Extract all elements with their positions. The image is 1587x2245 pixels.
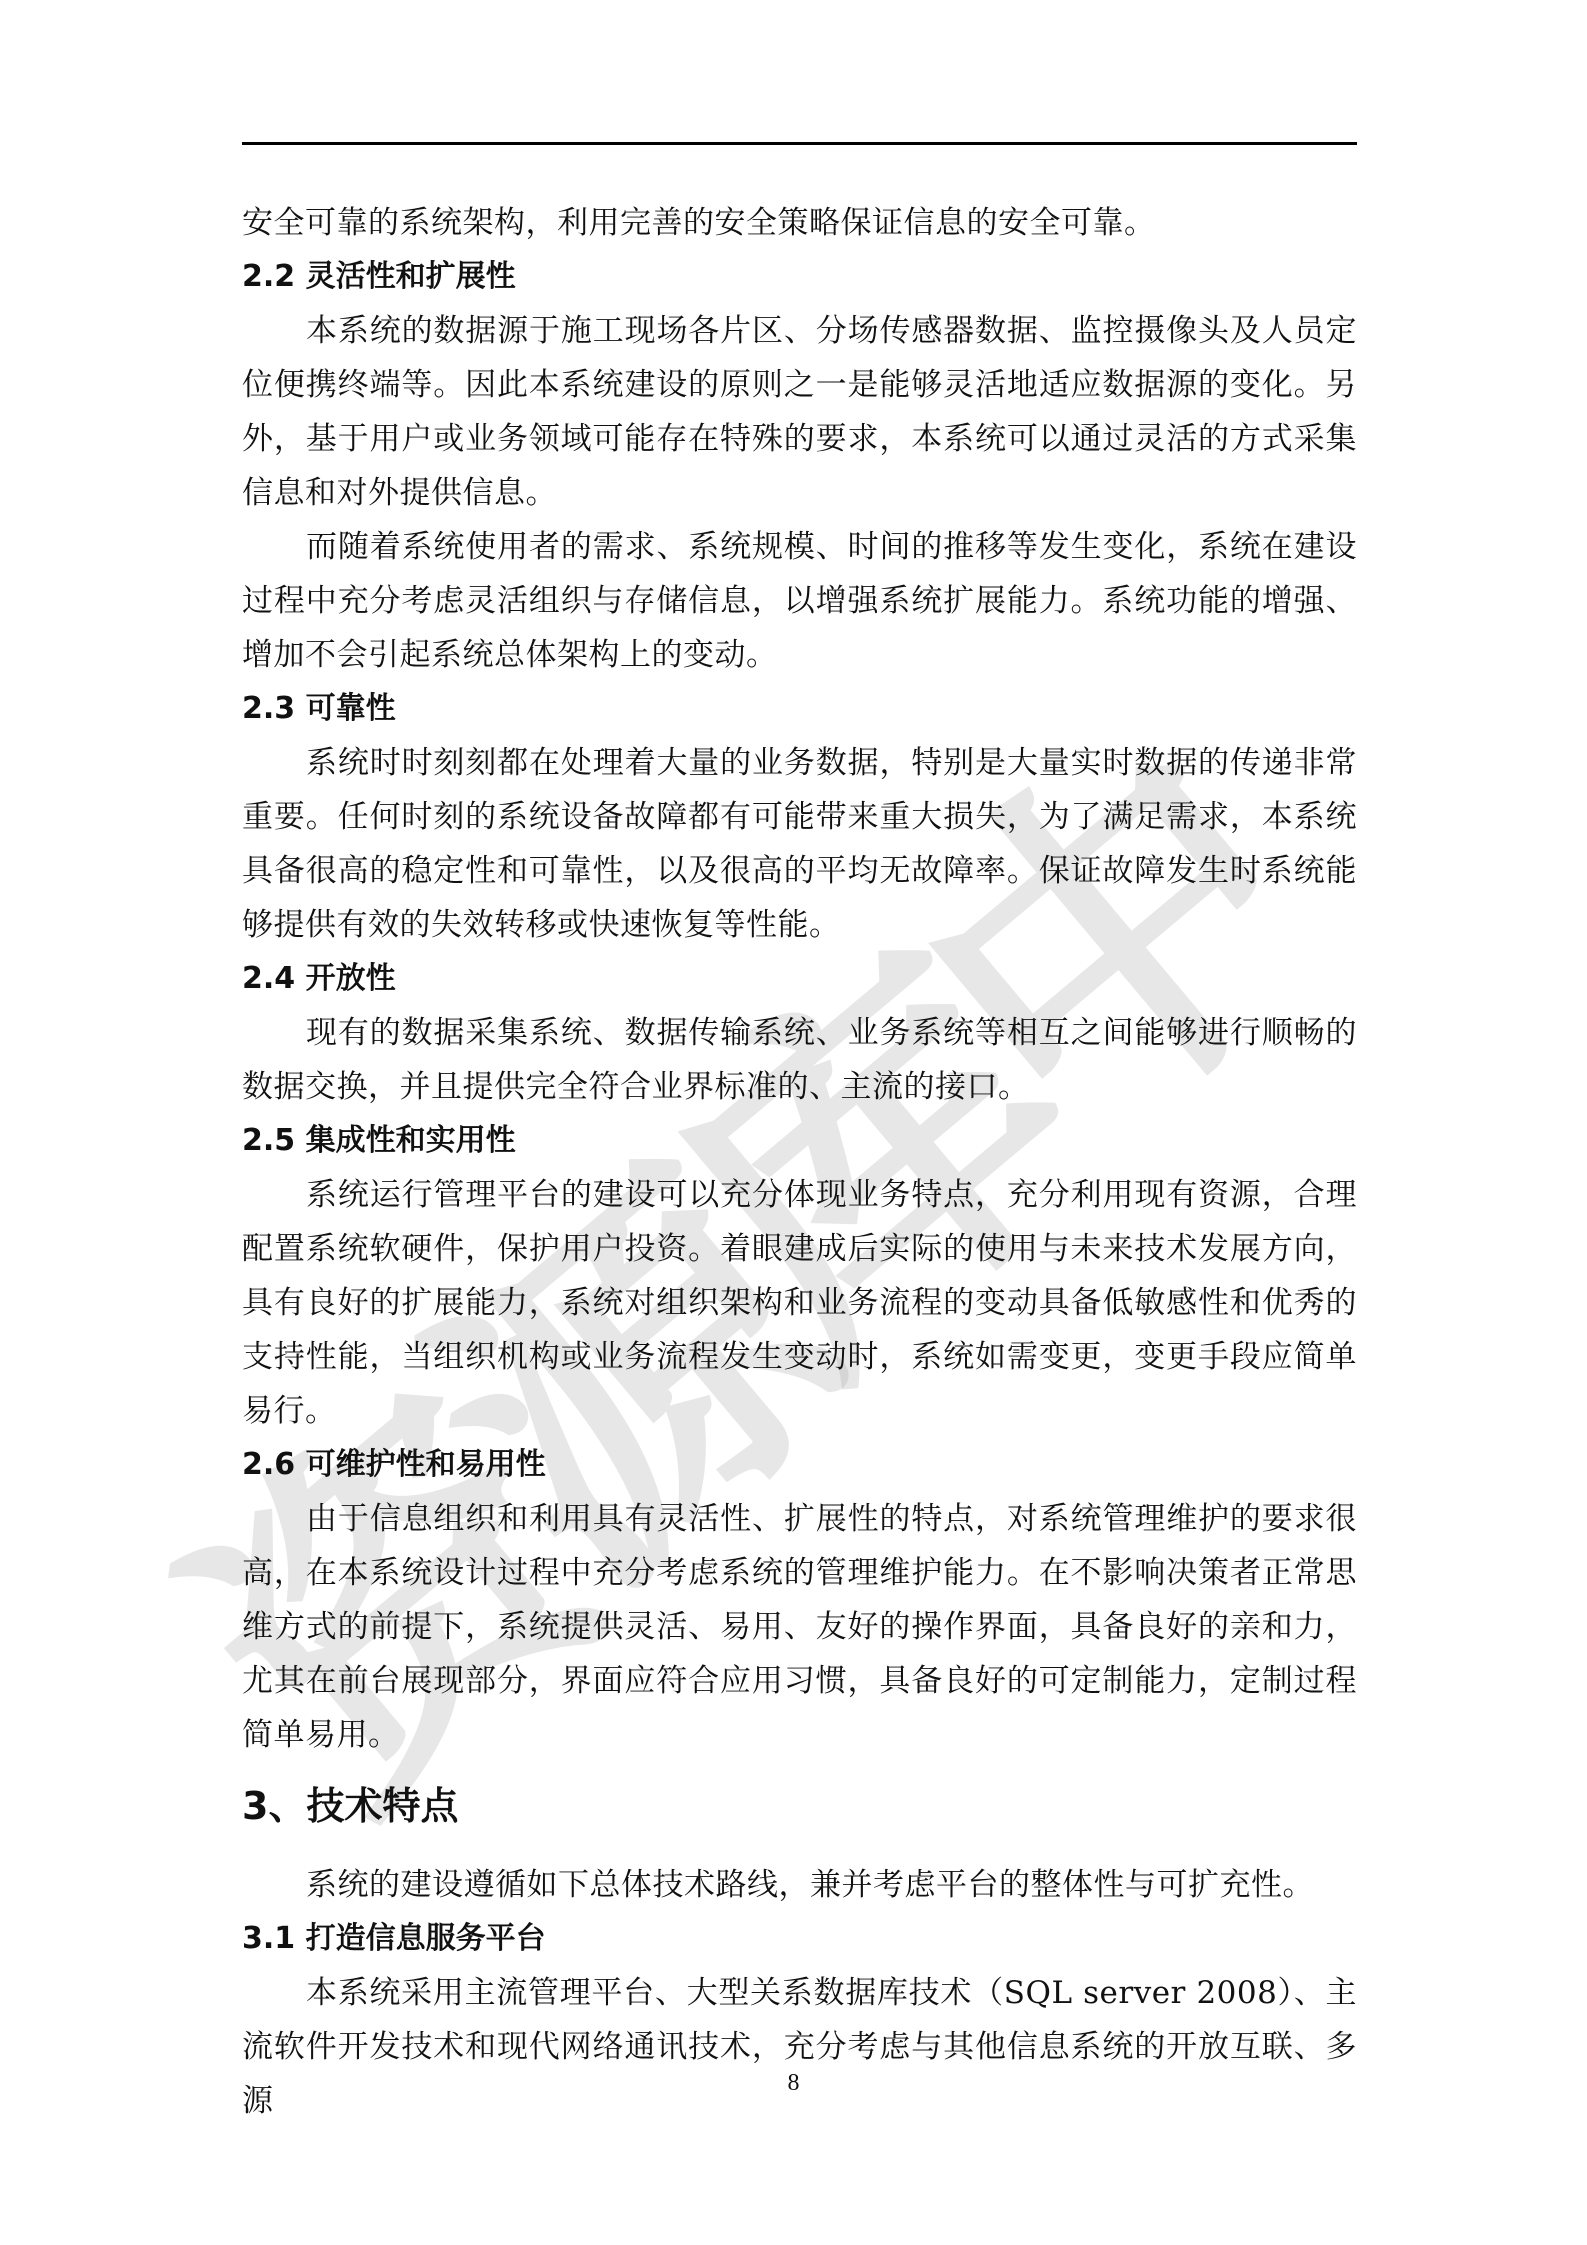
page-number: 8 — [0, 2070, 1587, 2097]
paragraph: 而随着系统使用者的需求、系统规模、时间的推移等发生变化，系统在建设过程中充分考虑… — [242, 520, 1357, 682]
header-rule — [242, 142, 1357, 145]
paragraph: 现有的数据采集系统、数据传输系统、业务系统等相互之间能够进行顺畅的数据交换，并且… — [242, 1006, 1357, 1114]
document-body: 安全可靠的系统架构，利用完善的安全策略保证信息的安全可靠。 2.2 灵活性和扩展… — [242, 196, 1357, 2128]
section-heading-3-1: 3.1 打造信息服务平台 — [242, 1912, 1357, 1966]
paragraph: 安全可靠的系统架构，利用完善的安全策略保证信息的安全可靠。 — [242, 196, 1357, 250]
paragraph: 由于信息组织和利用具有灵活性、扩展性的特点，对系统管理维护的要求很高，在本系统设… — [242, 1492, 1357, 1762]
section-heading-2-6: 2.6 可维护性和易用性 — [242, 1438, 1357, 1492]
section-heading-2-2: 2.2 灵活性和扩展性 — [242, 250, 1357, 304]
paragraph: 系统运行管理平台的建设可以充分体现业务特点，充分利用现有资源，合理配置系统软硬件… — [242, 1168, 1357, 1438]
paragraph: 系统的建设遵循如下总体技术路线，兼并考虑平台的整体性与可扩充性。 — [242, 1858, 1357, 1912]
paragraph: 系统时时刻刻都在处理着大量的业务数据，特别是大量实时数据的传递非常重要。任何时刻… — [242, 736, 1357, 952]
paragraph: 本系统采用主流管理平台、大型关系数据库技术（SQL server 2008）、主… — [242, 1966, 1357, 2128]
section-heading-2-3: 2.3 可靠性 — [242, 682, 1357, 736]
paragraph: 本系统的数据源于施工现场各片区、分场传感器数据、监控摄像头及人员定位便携终端等。… — [242, 304, 1357, 520]
section-heading-2-4: 2.4 开放性 — [242, 952, 1357, 1006]
section-heading-2-5: 2.5 集成性和实用性 — [242, 1114, 1357, 1168]
chapter-heading-3: 3、技术特点 — [242, 1776, 1357, 1836]
